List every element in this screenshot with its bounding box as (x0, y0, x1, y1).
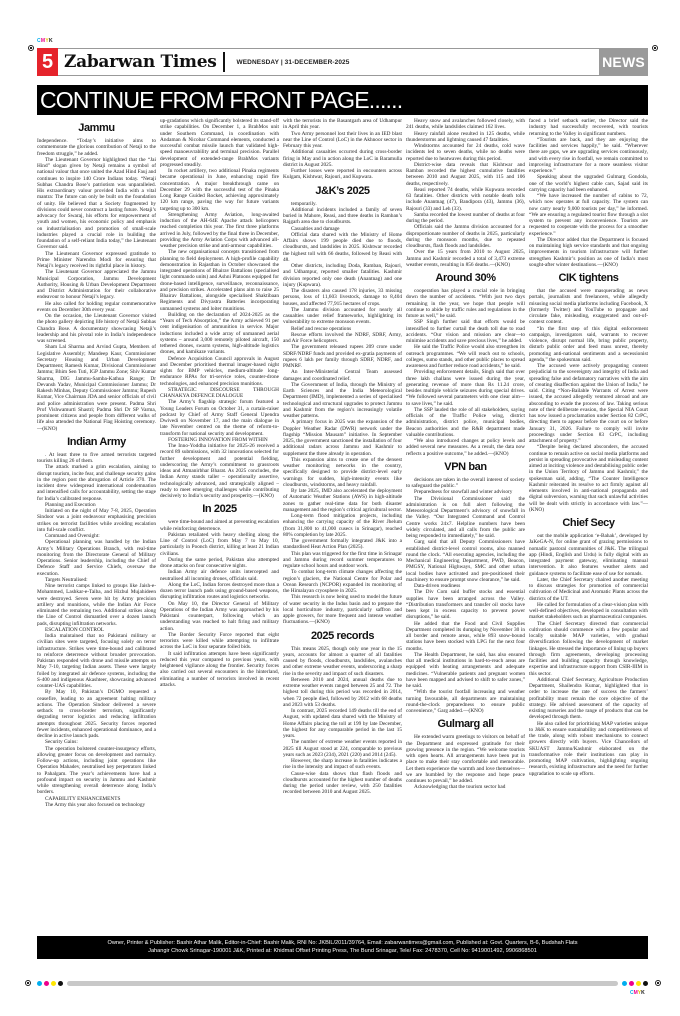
article-paragraph: He called for formulation of a clear-vis… (529, 602, 648, 621)
article-paragraph: SSP Singh further said that efforts woul… (406, 319, 525, 344)
color-swatch-magenta (629, 981, 634, 986)
article-paragraph: Heavy rainfall alone resulted in 125 dea… (406, 131, 525, 144)
article-paragraph: The Lieutenant Governor expressed gratit… (37, 251, 156, 270)
article-paragraph: He added that the Food and Civil Supplie… (406, 621, 525, 652)
cmyk-marker-bottom: CMYK (630, 990, 645, 996)
article-paragraph: Additional Chief Secretary, Agriculture … (529, 677, 648, 721)
article-paragraph: In contrast, 2025 recorded 149 deaths ti… (283, 708, 402, 739)
article-paragraph: Long-term flood mitigation projects, inc… (283, 513, 402, 538)
column-4: Heavy snow and avalanches followed close… (406, 118, 525, 933)
imprint-line-1: Owner, Printer & Publisher: Bashir Athar… (37, 939, 648, 947)
article-paragraph: This means 2025, though only one year in… (283, 646, 402, 677)
article-paragraph: To combat long-term climate changes affe… (283, 569, 402, 594)
section-tag: NEWS (599, 48, 648, 76)
article-paragraph: He also called for prioritising MAP vari… (529, 721, 648, 777)
gray-strip (67, 981, 618, 986)
article-paragraph: He extended warm greetings to visitors o… (406, 734, 525, 784)
article-paragraph: The Lieutenant Governor highlighted that… (37, 157, 156, 251)
article-paragraph: “We also introduced changes at policy le… (406, 438, 525, 457)
article-paragraph: He also called for holding regular comme… (37, 301, 156, 314)
article-paragraph: The Div Com said buffer stocks and essen… (406, 589, 525, 620)
article-paragraph: Pakistan retaliated with heavy shelling … (160, 532, 279, 557)
article-headline: In 2025 (160, 502, 279, 516)
article-paragraph: India maintained that no Pakistani milit… (37, 633, 156, 689)
column-3: with the terrorists in the Basantgarh ar… (283, 118, 402, 933)
article-paragraph: During the same period, Pakistan also at… (160, 557, 279, 570)
article-paragraph: The Government of India, through the Min… (283, 382, 402, 420)
color-swatch-cyan (37, 981, 42, 986)
article-paragraph: Officials said the Jammu division accoun… (406, 224, 525, 249)
article-paragraph: Initiated on the night of May 7-8, 2025,… (37, 508, 156, 533)
article-paragraph: STRATEGIC DISCOURSE THROUGH CHANAKYA DEF… (160, 387, 279, 400)
article-paragraph: The Chief Secretary directed that commer… (529, 621, 648, 677)
article-paragraph: The SSP lauded the role of all stakehold… (406, 407, 525, 438)
article-paragraph: The Border Security Force reported that … (160, 632, 279, 651)
article-paragraph: Providing enforcement details, Singh sai… (406, 369, 525, 407)
article-paragraph: with the terrorists in the Basantgarh ar… (283, 118, 402, 131)
article-paragraph: Other districts, including Doda, Ramban,… (283, 263, 402, 288)
article-paragraph: were time-bound and aimed at preventing … (160, 519, 279, 532)
article-paragraph: “Tourists are back, and they are enjoyin… (529, 137, 648, 175)
cmyk-k: K (49, 38, 53, 44)
issue-date: WEDNESDAY | 31-DECEMBER-2025 (237, 59, 350, 66)
article-paragraph: An Inter-Ministerial Central Team assess… (283, 369, 402, 382)
article-paragraph: Samba recorded the lowest number of deat… (406, 212, 525, 225)
article-paragraph: Building on the declaration of 2024-2025… (160, 312, 279, 356)
registration-mark-top-right (652, 45, 658, 51)
article-paragraph: decisions are taken in the overall inter… (406, 477, 525, 490)
article-headline: Indian Army (37, 435, 156, 449)
article-paragraph: On the occasion, the Lieutenant Governor… (37, 313, 156, 344)
article-paragraph: Cause-wise data shows that flash floods … (283, 771, 402, 796)
article-headline: J&K’s 2025 (283, 184, 402, 198)
article-paragraph: that the accused were masquerading as ne… (529, 288, 648, 326)
article-paragraph: “In the first step of this digital enfor… (529, 326, 648, 364)
article-paragraph: Nine terrorist camps linked to groups li… (37, 583, 156, 627)
article-paragraph: Between 2010 and 2024, annual deaths due… (283, 677, 402, 708)
article-paragraph: . At least three to five armed terrorist… (37, 452, 156, 465)
article-paragraph: “Despite being declared absconders, the … (529, 444, 648, 513)
article-paragraph: The government formally integrated J&K i… (283, 538, 402, 551)
paper-name: Zabarwan Times (58, 52, 223, 72)
article-paragraph: In rocket artillery, two additional Pina… (160, 168, 279, 212)
article-paragraph: Operational planning was handled by the … (37, 539, 156, 577)
article-paragraph: Acknowledging that the tourism sector ha… (406, 784, 525, 790)
article-paragraph: The attack marked a grim escalation, aim… (37, 464, 156, 502)
registration-mark-top-left (28, 45, 34, 51)
color-swatch-yellow (636, 981, 641, 986)
article-paragraph: Strengthening Army Aviation, long-awaite… (160, 212, 279, 250)
article-paragraph: The Army’s flagship strategic forum feat… (160, 399, 279, 437)
article-headline: 2025 records (283, 629, 402, 643)
registration-mark-bottom-left (25, 980, 31, 986)
color-swatch-black (643, 981, 648, 986)
registration-mark-bottom-right (655, 980, 661, 986)
article-paragraph: Additional casualties occurred during cr… (283, 149, 402, 168)
print-color-bar (37, 980, 648, 986)
article-paragraph: cooperation has played a crucial role in… (406, 288, 525, 319)
article-paragraph: This expansion aims to create one of the… (283, 457, 402, 488)
column-1: JammuIndependence. “Today’s initiative a… (37, 118, 156, 933)
article-headline: Around 30% (406, 271, 525, 285)
article-paragraph: The new organisational concepts transiti… (160, 249, 279, 312)
article-paragraph: Windstorms accounted for 24 deaths, cold… (406, 143, 525, 162)
article-paragraph: The government released rupees 209 crore… (283, 344, 402, 369)
article-paragraph: Defence Acquisition Council approvals in… (160, 356, 279, 387)
article-paragraph: “With the tourist footfall increasing an… (406, 689, 525, 714)
article-paragraph: This research is now being used to model… (283, 594, 402, 625)
article-paragraph: The Divisional Commissioner said the adm… (406, 496, 525, 540)
article-paragraph: District-wise data reveals that Kishtwar… (406, 162, 525, 187)
article-paragraph: Further losses were reported in encounte… (283, 168, 402, 181)
article-paragraph: Independence. “Today’s initiative aims t… (37, 138, 156, 157)
article-paragraph: The disasters also caused 178 injuries, … (283, 288, 402, 307)
article-paragraph: Official data shared with the Ministry o… (283, 232, 402, 263)
article-paragraph: Additional incidents included a family o… (283, 207, 402, 226)
cmyk-marker-top: CMYK (37, 38, 53, 44)
article-paragraph: The Health Department, he said, has also… (406, 652, 525, 690)
article-paragraph: out the mobile application ‘e-Bahak’, de… (529, 533, 648, 577)
article-paragraph: He said the Traffic Police would also st… (406, 344, 525, 369)
article-paragraph: faced a brief setback earlier, the Direc… (529, 118, 648, 137)
article-paragraph: Later, the Chief Secretary chaired anoth… (529, 577, 648, 602)
article-paragraph: Heavy snow and avalanches followed close… (406, 118, 525, 131)
article-headline: Gulmarg all (406, 717, 525, 731)
article-headline: CIK tightens (529, 271, 648, 285)
article-paragraph: It said infiltration attempts have been … (160, 651, 279, 689)
article-headline: VPN ban (406, 460, 525, 474)
color-swatch-black (58, 981, 63, 986)
article-paragraph: This plan was triggered for the first ti… (283, 551, 402, 570)
cmyk-k: K (641, 990, 645, 996)
masthead-divider (223, 52, 225, 72)
article-paragraph: up-gradations which significantly bolste… (160, 118, 279, 168)
column-5: faced a brief setback earlier, the Direc… (529, 118, 648, 933)
article-paragraph: Preparedness for snowfall and winter adv… (406, 489, 525, 495)
article-headline: Jammu (37, 121, 156, 135)
imprint-line-2: Jahangir Chowk Srinagar-190001 J&K, Prin… (37, 947, 648, 955)
imprint-footer: Owner, Printer & Publisher: Bashir Athar… (37, 936, 648, 959)
article-paragraph: Sham Lal Sharma and Arvind Gupta, Member… (37, 344, 156, 432)
color-swatch-cyan (622, 981, 627, 986)
article-paragraph: The accused were actively propagating co… (529, 363, 648, 444)
article-paragraph: Reasi reported 74 deaths, while Kupwara … (406, 187, 525, 212)
article-paragraph: Indian Army air defence units intercepte… (160, 569, 279, 582)
article-paragraph: By May 10, Pakistan’s DGMO requested a c… (37, 689, 156, 739)
article-paragraph: The Army this year also focused on techn… (37, 802, 156, 808)
article-paragraph: Along the LoC, Indian forces destroyed m… (160, 582, 279, 601)
masthead: 5 Zabarwan Times WEDNESDAY | 31-DECEMBER… (37, 48, 648, 76)
article-paragraph: Garg said that all Deputy Commissioners … (406, 539, 525, 583)
color-swatch-magenta (44, 981, 49, 986)
article-paragraph: The Director added that the Department i… (529, 237, 648, 268)
article-columns: JammuIndependence. “Today’s initiative a… (37, 118, 648, 933)
article-paragraph: The Inno-Yoddha initiative for 2025-26 r… (160, 443, 279, 499)
page-number: 5 (37, 48, 58, 76)
article-paragraph: The number of extreme weather events rep… (283, 739, 402, 758)
article-paragraph: The Jammu division accounted for nearly … (283, 307, 402, 326)
page-banner: CONTINUE FROM FRONT PAGE...... (37, 85, 648, 115)
article-paragraph: By late 2025, IMD also accelerated the d… (283, 488, 402, 513)
article-paragraph: A primary focus in 2025 was the expansio… (283, 419, 402, 457)
color-swatch-yellow (51, 981, 56, 986)
article-paragraph: Rescue efforts involved the NDRF, SDRF, … (283, 332, 402, 345)
column-2: up-gradations which significantly bolste… (160, 118, 279, 933)
article-paragraph: Over the 15 years from 2010 to August 20… (406, 249, 525, 268)
article-paragraph: The operation bolstered counter-insurgen… (37, 746, 156, 796)
article-headline: Chief Secy (529, 516, 648, 530)
article-paragraph: The Lieutenant Governor appreciated the … (37, 269, 156, 300)
article-paragraph: However, the sharp increase in fatalitie… (283, 758, 402, 771)
article-paragraph: On May 10, the Director General of Milit… (160, 601, 279, 632)
article-paragraph: “We have increased the number of cabins … (529, 193, 648, 237)
article-paragraph: Speaking about the upgraded Gulmarg Gond… (529, 174, 648, 193)
article-paragraph: Two Army personnel lost their lives in a… (283, 131, 402, 150)
